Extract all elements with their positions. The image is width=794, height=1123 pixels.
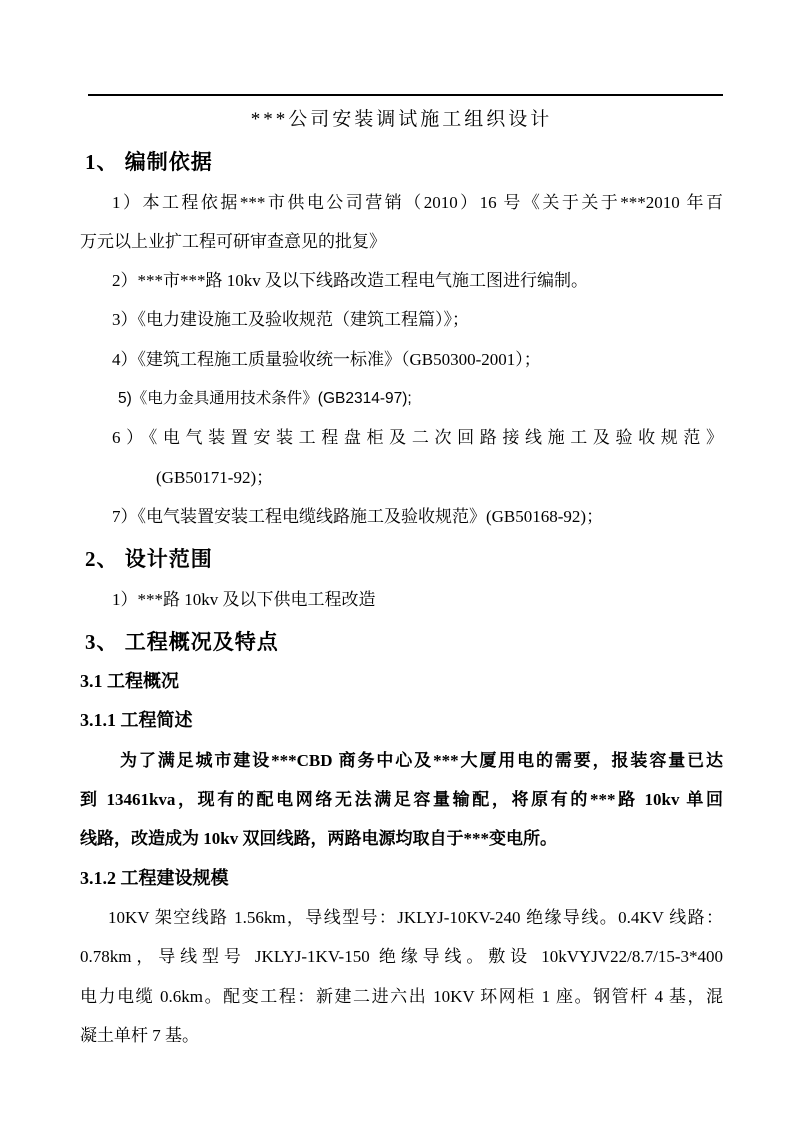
paragraph-3-1-2-line-1: 10KV 架空线路 1.56km，导线型号：JKLYJ-10KV-240 绝缘导…	[80, 898, 723, 937]
paragraph-3-1-2-line-4: 凝土单杆 7 基。	[80, 1016, 723, 1055]
paragraph-3-1-1-line-1: 为了满足城市建设***CBD 商务中心及***大厦用电的需要，报装容量已达	[80, 741, 723, 780]
subsection-3-1-1-heading: 3.1.1 工程简述	[80, 701, 723, 740]
section-2-heading: 2、 设计范围	[80, 540, 723, 579]
document-page: ***公司安装调试施工组织设计 1、 编制依据 1）本工程依据***市供电公司营…	[0, 0, 794, 1123]
paragraph-3-1-2-line-2: 0.78km，导线型号 JKLYJ-1KV-150 绝缘导线。敷设 10kVYJ…	[80, 937, 723, 976]
subsection-3-1-heading: 3.1 工程概况	[80, 662, 723, 701]
list-item-5: 5)《电力金具通用技术条件》(GB2314-97);	[80, 379, 723, 418]
list-item-6-line-2: (GB50171-92)；	[80, 458, 723, 497]
list-item-6-line-1: 6）《电气装置安装工程盘柜及二次回路接线施工及验收规范》	[80, 418, 723, 457]
paragraph-3-1-1-line-2: 到 13461kva，现有的配电网络无法满足容量输配，将原有的***路 10kv…	[80, 780, 723, 819]
section-1-heading: 1、 编制依据	[80, 143, 723, 182]
section-2-item-1: 1）***路 10kv 及以下供电工程改造	[80, 580, 723, 619]
list-item-3: 3）《电力建设施工及验收规范（建筑工程篇）》；	[80, 300, 723, 339]
list-item-1-line-2: 万元以上业扩工程可研审查意见的批复》	[80, 222, 723, 261]
paragraph-3-1-2-line-3: 电力电缆 0.6km。配变工程：新建二进六出 10KV 环网柜 1 座。钢管杆 …	[80, 977, 723, 1016]
paragraph-3-1-1-line-3: 线路，改造成为 10kv 双回线路，两路电源均取自于***变电所。	[80, 819, 723, 858]
header-rule	[88, 94, 723, 96]
list-item-2: 2）***市***路 10kv 及以下线路改造工程电气施工图进行编制。	[80, 261, 723, 300]
list-item-1-line-1: 1）本工程依据***市供电公司营销（2010）16 号《关于关于***2010 …	[80, 183, 723, 222]
list-item-7: 7）《电气装置安装工程电缆线路施工及验收规范》(GB50168-92)；	[80, 497, 723, 536]
subsection-3-1-2-heading: 3.1.2 工程建设规模	[80, 859, 723, 898]
document-title: ***公司安装调试施工组织设计	[80, 100, 723, 139]
document-content: ***公司安装调试施工组织设计 1、 编制依据 1）本工程依据***市供电公司营…	[0, 100, 794, 1055]
section-3-heading: 3、 工程概况及特点	[80, 623, 723, 662]
list-item-4: 4）《建筑工程施工质量验收统一标准》（GB50300-2001）；	[80, 340, 723, 379]
